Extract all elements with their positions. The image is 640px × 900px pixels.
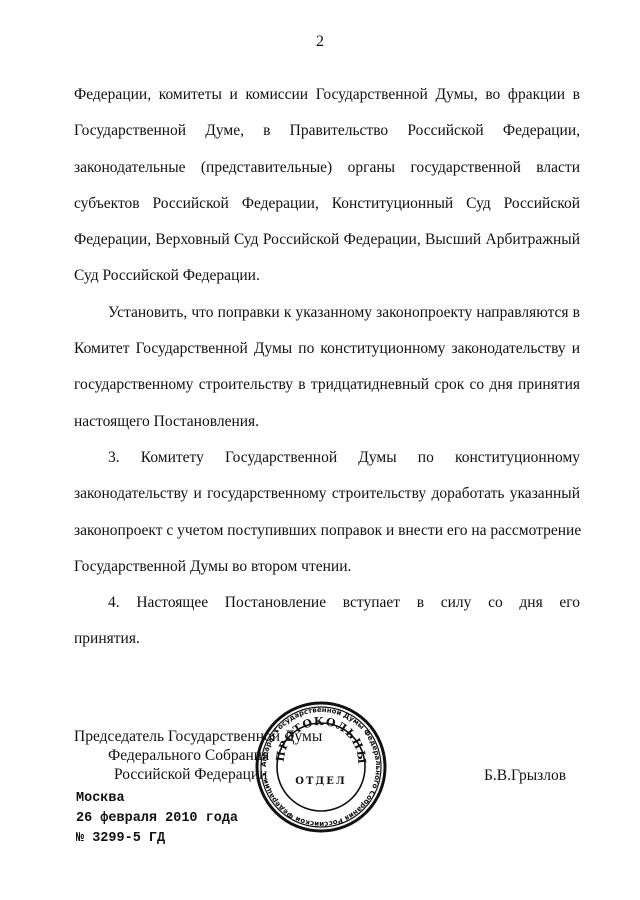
body-line: Федерации, Верховный Суд Российской Феде… <box>74 227 580 263</box>
signatory-name: Б.В.Грызлов <box>484 766 566 785</box>
signature-title-line-3: Российской Федерации <box>114 765 267 784</box>
body-line: Государственной Думе, в Правительство Ро… <box>74 118 580 154</box>
body-line: Установить, что поправки к указанному за… <box>74 300 580 336</box>
footer-date: 26 февраля 2010 года <box>76 809 238 829</box>
body-line: Государственной Думы во втором чтении. <box>74 554 580 590</box>
body-line: Суд Российской Федерации. <box>74 263 580 299</box>
body-line: 4. Настоящее Постановление вступает в си… <box>74 590 580 626</box>
body-line: государственному строительству в тридцат… <box>74 372 580 408</box>
footer-city: Москва <box>76 789 125 809</box>
official-seal-stamp-icon: Аппарат Государственной Думы Федеральног… <box>254 700 388 834</box>
body-line: законопроект с учетом поступивших поправ… <box>74 518 580 554</box>
body-line: Комитет Государственной Думы по конститу… <box>74 336 580 372</box>
body-line: законодательству и государственному стро… <box>74 481 580 517</box>
body-line: Федерации, комитеты и комиссии Государст… <box>74 82 580 118</box>
page-number: 2 <box>0 33 640 51</box>
stamp-center-text: ОТДЕЛ <box>295 776 347 787</box>
body-line: 3. Комитету Государственной Думы по конс… <box>74 445 580 481</box>
body-line: настоящего Постановления. <box>74 409 580 445</box>
signature-title-line-2: Федерального Собрания <box>108 746 269 765</box>
footer-number: № 3299-5 ГД <box>76 829 165 849</box>
document-body: Федерации, комитеты и комиссии Государст… <box>74 82 580 663</box>
body-line: законодательные (представительные) орган… <box>74 155 580 191</box>
body-line: принятия. <box>74 626 580 662</box>
body-line: субъектов Российской Федерации, Конститу… <box>74 191 580 227</box>
